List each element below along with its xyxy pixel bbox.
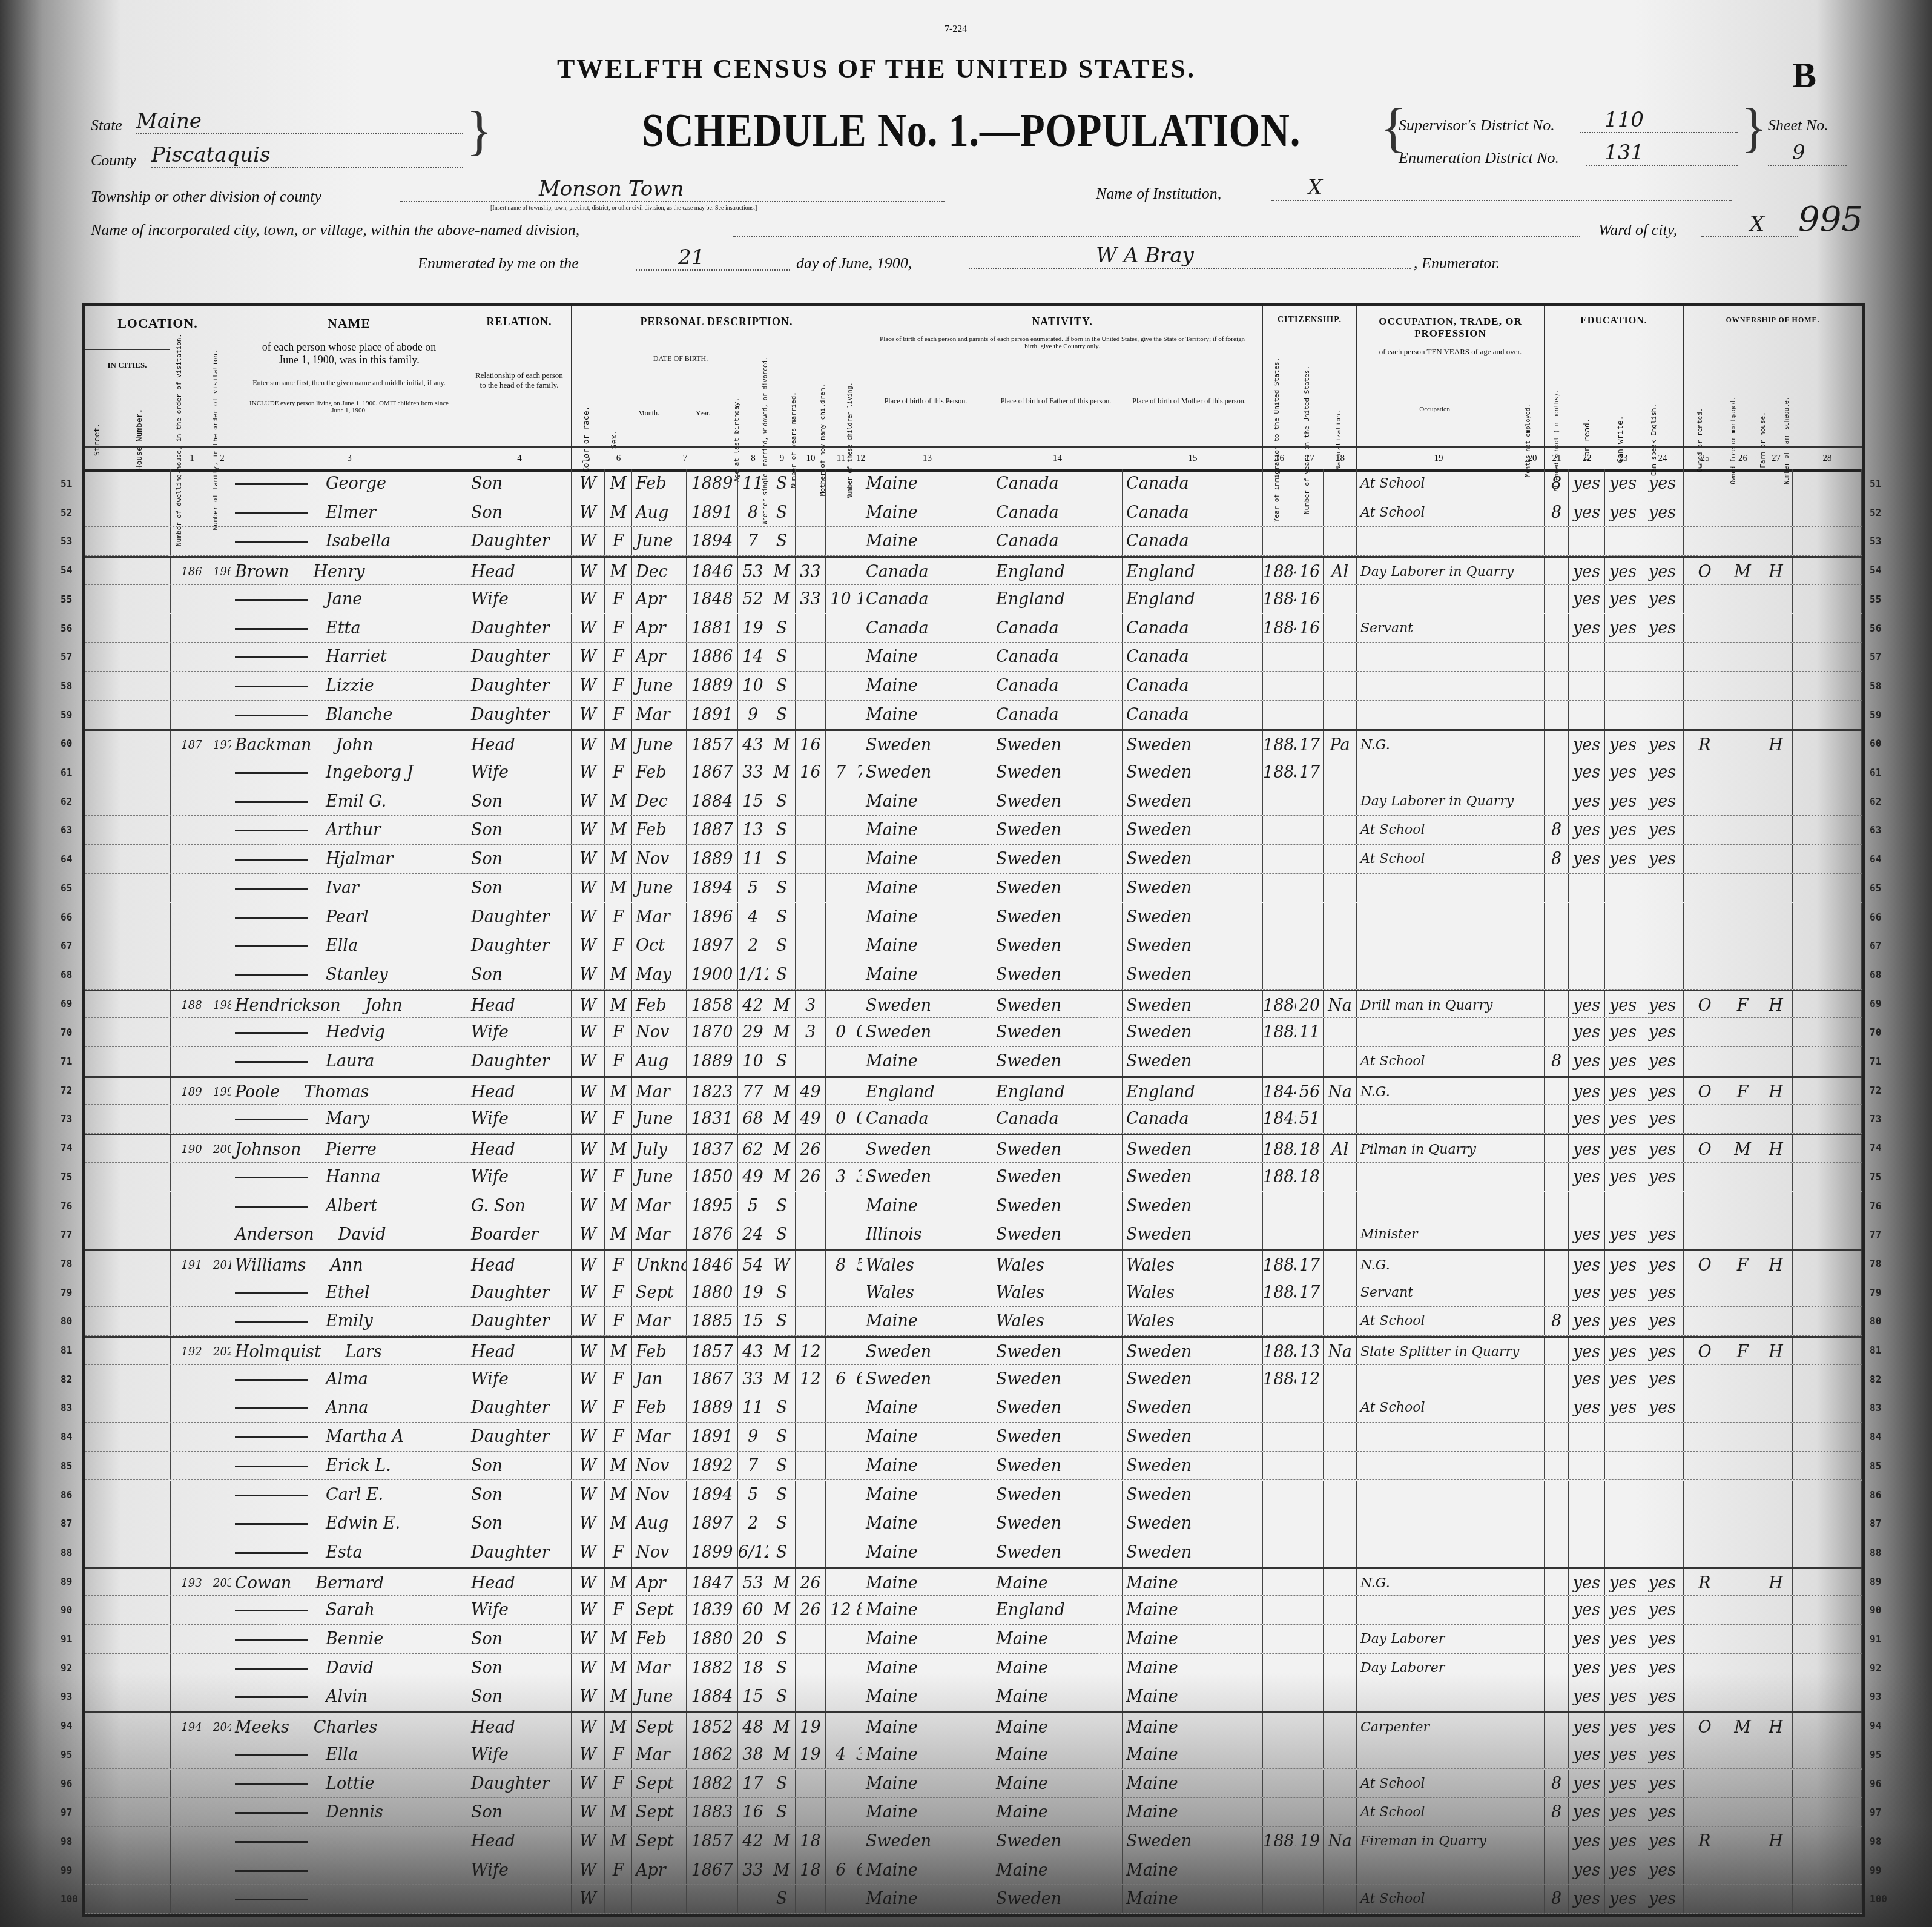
family-cell [213, 1538, 231, 1567]
month-cell: Feb [632, 1393, 687, 1422]
mort-cell: M [1726, 1713, 1759, 1740]
mort-cell: M [1726, 1135, 1759, 1162]
mother-cell [826, 1481, 856, 1509]
person-name: Ingeborg J [231, 758, 467, 787]
pob-cell: Maine [862, 1307, 992, 1335]
mother-cell [826, 1682, 856, 1711]
person-name [231, 1827, 467, 1856]
street-cell [85, 1538, 127, 1567]
own-cell [1684, 874, 1726, 902]
school-cell [1545, 1713, 1569, 1740]
pob-cell: Sweden [862, 1135, 992, 1162]
sex-cell: M [605, 787, 632, 816]
pob-f-cell: England [992, 1596, 1123, 1624]
person-name: Arthur [231, 816, 467, 844]
ym-cell: 33 [796, 585, 826, 613]
nat-cell [1324, 1770, 1357, 1798]
read-cell: yes [1569, 991, 1605, 1018]
pob-f-cell: Sweden [992, 1338, 1123, 1364]
sched-cell [1793, 1682, 1862, 1711]
nat-cell [1324, 1423, 1357, 1451]
house-cell [127, 527, 171, 555]
street-cell [85, 1452, 127, 1480]
age-cell: 5 [738, 1192, 768, 1220]
occ-cell: At School [1357, 845, 1520, 873]
dwelling-cell [171, 701, 213, 729]
column-number: 22 [1569, 448, 1605, 469]
pob-f-cell: Sweden [992, 845, 1123, 873]
school-cell [1545, 672, 1569, 700]
surname-ditto-dash [235, 1523, 308, 1525]
english-cell [1641, 672, 1684, 700]
line-number: 73 [1870, 1113, 1881, 1125]
year-cell: 1881 [687, 614, 738, 643]
school-cell [1545, 758, 1569, 787]
month-cell: June [632, 874, 687, 902]
occ-cell [1357, 1481, 1520, 1509]
farm-cell: H [1759, 1713, 1793, 1740]
surname-ditto-dash [235, 1119, 308, 1120]
relation-cell: Son [467, 1452, 572, 1480]
pob-f-cell: Sweden [992, 874, 1123, 902]
age-cell: 14 [738, 643, 768, 671]
relation-cell: Head [467, 1078, 572, 1105]
pob-m-cell: Sweden [1123, 1192, 1263, 1220]
table-row: Edwin E.SonWMAug18972SMaineSwedenSweden [85, 1509, 1862, 1538]
age-cell: 53 [738, 1569, 768, 1596]
year-cell: 1846 [687, 558, 738, 584]
given-name: Martha A [326, 1427, 404, 1446]
age-cell: 11 [738, 1393, 768, 1422]
pob-cell: Maine [862, 816, 992, 844]
farm-cell [1759, 1596, 1793, 1624]
table-row: EstaDaughterWFNov18996/12SMaineSwedenSwe… [85, 1538, 1862, 1567]
own-cell [1684, 672, 1726, 700]
school-cell: 8 [1545, 1307, 1569, 1335]
mother-cell [826, 1307, 856, 1335]
farm-cell: H [1759, 1078, 1793, 1105]
mort-cell [1726, 1596, 1759, 1624]
pob-m-cell: Maine [1123, 1596, 1263, 1624]
marital-cell: S [768, 960, 796, 989]
write-cell [1605, 874, 1641, 902]
pob-f-cell: Sweden [992, 1135, 1123, 1162]
english-cell: yes [1641, 758, 1684, 787]
write-cell [1605, 903, 1641, 931]
mort-cell [1726, 931, 1759, 960]
farm-cell [1759, 1682, 1793, 1711]
table-row: JaneWifeWFApr184852M331010CanadaEnglandE… [85, 585, 1862, 614]
pob-cell: Sweden [862, 1338, 992, 1364]
pob-m-cell: Wales [1123, 1278, 1263, 1307]
ym-cell [796, 1625, 826, 1653]
school-cell [1545, 1827, 1569, 1856]
own-cell: O [1684, 1078, 1726, 1105]
unemp-cell [1520, 1078, 1545, 1105]
read-cell: yes [1569, 1251, 1605, 1278]
dwelling-cell [171, 614, 213, 643]
english-cell: yes [1641, 1569, 1684, 1596]
occ-cell: Servant [1357, 1278, 1520, 1307]
given-name: Albert [326, 1197, 377, 1215]
yrs-cell [1296, 672, 1324, 700]
month-cell: Sept [632, 1798, 687, 1826]
pob-cell: Maine [862, 1047, 992, 1076]
census-title: TWELFTH CENSUS OF THE UNITED STATES. [557, 53, 1196, 84]
farm-cell [1759, 960, 1793, 989]
dwelling-cell [171, 1393, 213, 1422]
imm-cell [1263, 1192, 1296, 1220]
english-cell [1641, 874, 1684, 902]
family-cell [213, 1827, 231, 1856]
relation-cell: Daughter [467, 1770, 572, 1798]
marital-cell: S [768, 1509, 796, 1538]
dwelling-cell: 186 [171, 558, 213, 584]
school-cell [1545, 903, 1569, 931]
house-cell [127, 903, 171, 931]
pob-f-cell: Maine [992, 1798, 1123, 1826]
pob-m-cell: Maine [1123, 1770, 1263, 1798]
imm-cell [1263, 874, 1296, 902]
pob-f-cell: Canada [992, 469, 1123, 498]
year-cell: 1884 [687, 787, 738, 816]
table-row: Erick L.SonWMNov18927SMaineSwedenSweden [85, 1452, 1862, 1481]
unemp-cell [1520, 1365, 1545, 1393]
dwelling-cell [171, 1278, 213, 1307]
ym-cell [796, 787, 826, 816]
dwelling-cell [171, 1307, 213, 1335]
sex-cell: F [605, 1538, 632, 1567]
pob-f-cell: Canada [992, 1105, 1123, 1133]
pob-m-cell: Sweden [1123, 1393, 1263, 1422]
line-number: 84 [61, 1431, 72, 1443]
relation-cell: Wife [467, 1856, 572, 1885]
table-row: LizzieDaughterWFJune188910SMaineCanadaCa… [85, 672, 1862, 701]
marital-cell: S [768, 469, 796, 498]
pob-cell: Sweden [862, 1163, 992, 1191]
person-name: Emil G. [231, 787, 467, 816]
person-name: Elmer [231, 498, 467, 527]
imm-cell: 1882 [1263, 1163, 1296, 1191]
farm-cell [1759, 1423, 1793, 1451]
given-name: George [326, 474, 386, 493]
marital-cell: S [768, 845, 796, 873]
read-cell [1569, 903, 1605, 931]
pob-cell: Maine [862, 1481, 992, 1509]
pob-f-cell: England [992, 585, 1123, 613]
own-cell: O [1684, 1338, 1726, 1364]
house-cell [127, 1569, 171, 1596]
surname-ditto-dash [235, 1668, 308, 1670]
age-cell: 42 [738, 1827, 768, 1856]
line-number: 100 [1870, 1893, 1887, 1905]
living-cell: 10 [856, 585, 862, 613]
nat-cell [1324, 1192, 1357, 1220]
farm-cell: H [1759, 991, 1793, 1018]
read-cell [1569, 1452, 1605, 1480]
surname-ditto-dash [235, 772, 308, 774]
school-cell [1545, 1105, 1569, 1133]
farm-cell [1759, 1856, 1793, 1885]
farm-cell [1759, 1654, 1793, 1682]
english-cell: yes [1641, 498, 1684, 527]
year-cell: 1886 [687, 643, 738, 671]
relation-cell: Son [467, 1654, 572, 1682]
dwelling-cell [171, 874, 213, 902]
house-cell [127, 1856, 171, 1885]
dwelling-cell: 188 [171, 991, 213, 1018]
family-cell [213, 1018, 231, 1046]
table-row: WSMaineSwedenMaineAt School8yesyesyes [85, 1885, 1862, 1914]
marital-cell: M [768, 1569, 796, 1596]
month-cell: June [632, 672, 687, 700]
line-number: 87 [1870, 1518, 1881, 1529]
living-cell [856, 1682, 862, 1711]
sched-cell [1793, 1625, 1862, 1653]
living-cell [856, 1192, 862, 1220]
own-cell [1684, 1278, 1726, 1307]
farm-cell [1759, 1192, 1793, 1220]
given-name: Pearl [326, 908, 369, 927]
family-cell [213, 643, 231, 671]
read-cell: yes [1569, 1018, 1605, 1046]
age-cell: 43 [738, 1338, 768, 1364]
person-name: MeeksCharles [231, 1713, 467, 1740]
dwelling-cell [171, 643, 213, 671]
school-cell: 8 [1545, 816, 1569, 844]
pob-cell: Maine [862, 1538, 992, 1567]
age-cell: 13 [738, 816, 768, 844]
write-cell: yes [1605, 1135, 1641, 1162]
sex-cell: M [605, 1338, 632, 1364]
dwelling-cell [171, 1481, 213, 1509]
color-cell: W [572, 1278, 605, 1307]
imm-cell [1263, 1596, 1296, 1624]
month-cell: Aug [632, 498, 687, 527]
header-relation: RELATION. Relationship of each person to… [467, 306, 572, 469]
living-cell [856, 1135, 862, 1162]
marital-cell: S [768, 1278, 796, 1307]
english-cell: yes [1641, 1135, 1684, 1162]
table-row: Emil G.SonWMDec188415SMaineSwedenSwedenD… [85, 787, 1862, 816]
month-cell: June [632, 731, 687, 758]
mort-cell [1726, 469, 1759, 498]
person-name: Sarah [231, 1596, 467, 1624]
month-cell: Sept [632, 1770, 687, 1798]
line-number: 62 [61, 796, 72, 807]
line-number: 71 [1870, 1056, 1881, 1067]
sex-cell: M [605, 1192, 632, 1220]
sched-cell [1793, 1654, 1862, 1682]
sched-cell [1793, 701, 1862, 729]
person-name: Bennie [231, 1625, 467, 1653]
age-cell: 49 [738, 1163, 768, 1191]
write-cell: yes [1605, 1220, 1641, 1249]
write-cell [1605, 672, 1641, 700]
person-name: Hjalmar [231, 845, 467, 873]
relation-cell: Head [467, 1135, 572, 1162]
ym-cell [796, 1278, 826, 1307]
read-cell: yes [1569, 1596, 1605, 1624]
yrs-cell [1296, 1885, 1324, 1913]
color-cell: W [572, 614, 605, 643]
write-cell: yes [1605, 498, 1641, 527]
street-cell [85, 469, 127, 498]
dwelling-cell [171, 1740, 213, 1769]
pob-m-cell: Sweden [1123, 1018, 1263, 1046]
nat-cell [1324, 1220, 1357, 1249]
school-cell: 8 [1545, 1885, 1569, 1913]
sched-cell [1793, 672, 1862, 700]
line-number: 100 [61, 1893, 78, 1905]
relation-cell: Head [467, 1338, 572, 1364]
pob-cell: Maine [862, 960, 992, 989]
institution-value: X [1271, 176, 1732, 201]
pob-m-cell: Sweden [1123, 845, 1263, 873]
read-cell: yes [1569, 1682, 1605, 1711]
house-cell [127, 614, 171, 643]
given-name: Mary [326, 1109, 369, 1128]
age-cell: 15 [738, 787, 768, 816]
line-number: 70 [61, 1026, 72, 1038]
ym-cell [796, 1251, 826, 1278]
living-cell: 7 [856, 758, 862, 787]
pob-f-cell: Sweden [992, 1538, 1123, 1567]
surname: Holmquist [235, 1343, 321, 1361]
unemp-cell [1520, 903, 1545, 931]
mother-cell [826, 874, 856, 902]
age-cell: 7 [738, 527, 768, 555]
pob-f-cell: Sweden [992, 1481, 1123, 1509]
ym-cell: 12 [796, 1365, 826, 1393]
own-cell [1684, 931, 1726, 960]
pob-m-cell: Sweden [1123, 787, 1263, 816]
pob-f-cell: Maine [992, 1770, 1123, 1798]
read-cell: yes [1569, 1770, 1605, 1798]
relation-cell: Head [467, 1569, 572, 1596]
relation-cell: Daughter [467, 903, 572, 931]
line-number: 74 [61, 1142, 72, 1154]
unemp-cell [1520, 1885, 1545, 1913]
surname-ditto-dash [235, 541, 308, 543]
read-cell: yes [1569, 1105, 1605, 1133]
dwelling-cell [171, 960, 213, 989]
yrs-cell [1296, 1047, 1324, 1076]
farm-cell [1759, 701, 1793, 729]
family-cell: 202 [213, 1338, 231, 1364]
living-cell: 6 [856, 1365, 862, 1393]
column-number: 7 [632, 448, 738, 469]
color-cell: W [572, 1251, 605, 1278]
imm-cell [1263, 1713, 1296, 1740]
nat-cell [1324, 1365, 1357, 1393]
english-cell: yes [1641, 1654, 1684, 1682]
unemp-cell [1520, 1798, 1545, 1826]
age-cell: 4 [738, 903, 768, 931]
nat-cell [1324, 527, 1357, 555]
line-number: 91 [61, 1633, 72, 1645]
relation-cell: Daughter [467, 672, 572, 700]
year-cell: 1899 [687, 1538, 738, 1567]
own-cell [1684, 1423, 1726, 1451]
column-number: 13 [862, 448, 992, 469]
ym-cell: 26 [796, 1596, 826, 1624]
imm-cell [1263, 787, 1296, 816]
relation-cell: Daughter [467, 1307, 572, 1335]
marital-cell: M [768, 1338, 796, 1364]
occ-cell: At School [1357, 1307, 1520, 1335]
family-cell [213, 845, 231, 873]
pob-cell: Maine [862, 1393, 992, 1422]
color-cell: W [572, 731, 605, 758]
surname-ditto-dash [235, 715, 308, 716]
ym-cell [796, 960, 826, 989]
imm-cell [1263, 1654, 1296, 1682]
house-cell [127, 1192, 171, 1220]
sex-cell: M [605, 1625, 632, 1653]
month-cell: Nov [632, 1018, 687, 1046]
line-number: 80 [1870, 1315, 1881, 1327]
sex-cell: M [605, 816, 632, 844]
read-cell [1569, 960, 1605, 989]
marital-cell: S [768, 643, 796, 671]
dwelling-cell [171, 1596, 213, 1624]
pob-f-cell: Sweden [992, 758, 1123, 787]
table-row: 189199PooleThomasHeadWMMar182377M49Engla… [85, 1076, 1862, 1105]
read-cell: yes [1569, 1078, 1605, 1105]
relation-cell: Son [467, 1625, 572, 1653]
house-cell [127, 816, 171, 844]
sched-cell [1793, 643, 1862, 671]
age-cell: 53 [738, 558, 768, 584]
living-cell: 3 [856, 1740, 862, 1769]
line-number: 84 [1870, 1431, 1881, 1443]
mort-cell [1726, 498, 1759, 527]
year-cell: 1867 [687, 758, 738, 787]
imm-cell: 1884 [1263, 614, 1296, 643]
ym-cell [796, 701, 826, 729]
own-cell: O [1684, 558, 1726, 584]
marital-cell: S [768, 1885, 796, 1913]
pob-m-cell: Sweden [1123, 1047, 1263, 1076]
given-name: John [336, 736, 374, 755]
school-cell [1545, 1338, 1569, 1364]
surname: Hendrickson [235, 996, 341, 1015]
month-cell: Mar [632, 1740, 687, 1769]
school-cell [1545, 1509, 1569, 1538]
table-row: PearlDaughterWFMar18964SMaineSwedenSwede… [85, 903, 1862, 932]
relation-cell [467, 1885, 572, 1913]
family-cell [213, 1105, 231, 1133]
sched-cell [1793, 1856, 1862, 1885]
nat-cell [1324, 903, 1357, 931]
nat-cell [1324, 469, 1357, 498]
month-cell: Mar [632, 1078, 687, 1105]
house-cell [127, 1163, 171, 1191]
unemp-cell [1520, 1625, 1545, 1653]
marital-cell: W [768, 1251, 796, 1278]
pob-cell: Maine [862, 845, 992, 873]
occ-cell: Carpenter [1357, 1713, 1520, 1740]
write-cell: yes [1605, 614, 1641, 643]
read-cell: yes [1569, 816, 1605, 844]
school-cell [1545, 1192, 1569, 1220]
line-number: 54 [1870, 564, 1881, 576]
year-cell: 1889 [687, 469, 738, 498]
nat-cell [1324, 1481, 1357, 1509]
english-cell: yes [1641, 1713, 1684, 1740]
mother-cell: 0 [826, 1105, 856, 1133]
